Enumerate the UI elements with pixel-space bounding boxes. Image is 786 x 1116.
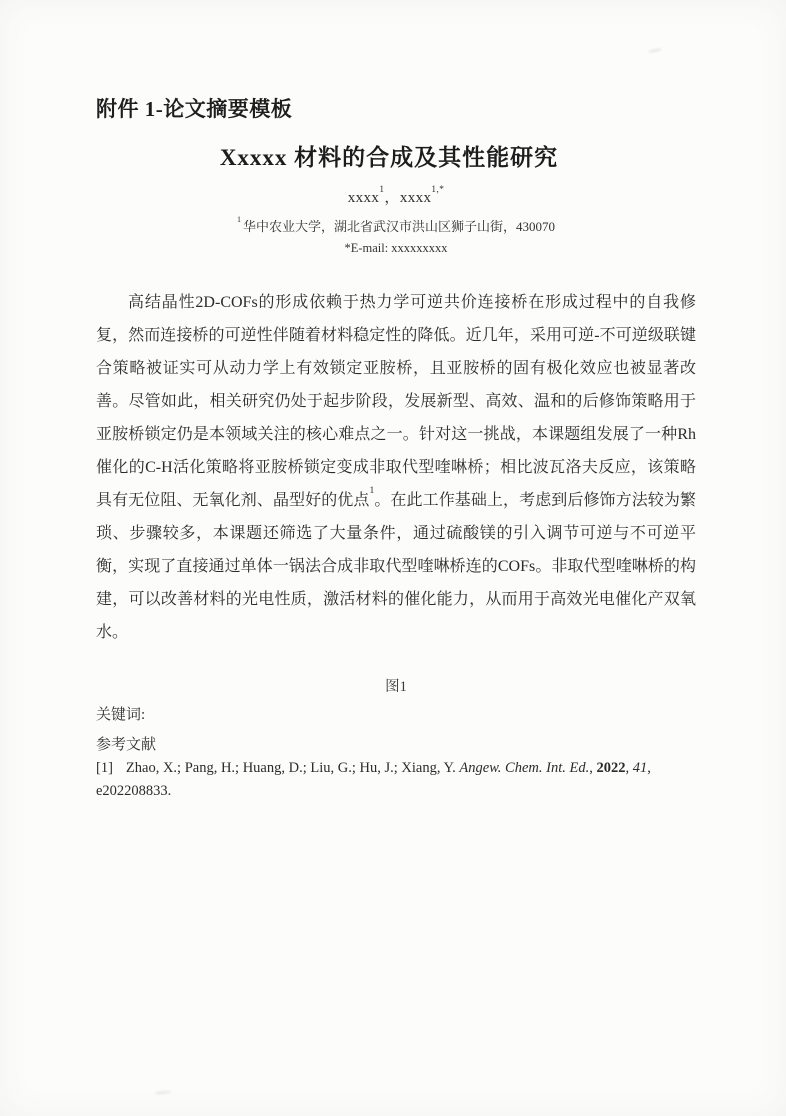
author-line: xxxx1，xxxx1,* xyxy=(96,186,696,207)
citation-superscript: 1 xyxy=(369,485,374,496)
reference-year: 2022 xyxy=(596,760,625,776)
scan-smudge xyxy=(155,1090,171,1095)
scan-smudge xyxy=(648,48,662,54)
affiliation-superscript: 1 xyxy=(237,215,241,224)
author-separator: ， xyxy=(384,190,399,206)
paper-title: Xxxxx 材料的合成及其性能研究 xyxy=(96,139,682,172)
author-1: xxxx xyxy=(348,190,380,206)
author-1-superscript: 1 xyxy=(379,185,384,195)
reference-volume: 41 xyxy=(633,760,648,776)
affiliation-line: 1华中农业大学，湖北省武汉市洪山区狮子山街，430070 xyxy=(96,216,696,235)
reference-sep-2: , xyxy=(625,760,632,776)
reference-article-id: e202208833. xyxy=(96,783,171,799)
affiliation-text: 华中农业大学，湖北省武汉市洪山区狮子山街，430070 xyxy=(243,219,555,234)
figure-caption: 图1 xyxy=(96,675,696,696)
reference-index: [1] xyxy=(96,760,113,776)
reference-sep-3: , xyxy=(647,760,651,776)
author-2: xxxx xyxy=(400,190,432,206)
email-line: *E-mail: xxxxxxxxx xyxy=(96,241,696,256)
attachment-label: 附件 1-论文摘要模板 xyxy=(96,93,696,123)
reference-journal: Angew. Chem. Int. Ed. xyxy=(459,760,589,776)
scan-smudge xyxy=(288,772,296,775)
abstract-text-part1: 高结晶性2D-COFs的形成依赖于热力学可逆共价连接桥在形成过程中的自我修复，然… xyxy=(96,294,696,509)
abstract-text-part2: 。在此工作基础上，考虑到后修饰方法较为繁琐、步骤较多，本课题还筛选了大量条件，通… xyxy=(96,492,696,641)
scanned-document-page: 附件 1-论文摘要模板 Xxxxx 材料的合成及其性能研究 xxxx1，xxxx… xyxy=(0,0,786,1116)
references-heading: 参考文献 xyxy=(96,733,696,754)
author-2-superscript: 1,* xyxy=(431,185,444,195)
reference-entry: [1]Zhao, X.; Pang, H.; Huang, D.; Liu, G… xyxy=(96,757,696,803)
keywords-label: 关键词: xyxy=(96,703,696,724)
abstract-paragraph: 高结晶性2D-COFs的形成依赖于热力学可逆共价连接桥在形成过程中的自我修复，然… xyxy=(96,286,696,649)
